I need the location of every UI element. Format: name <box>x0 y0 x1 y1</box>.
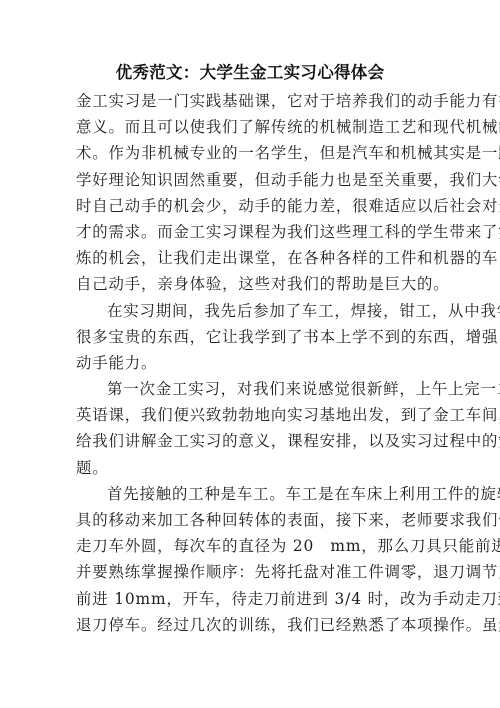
text-line: 才的需求。而金工实习课程为我们这些理工科的学生带来了实际锻 <box>76 219 421 245</box>
text-line: 术。作为非机械专业的一名学生，但是汽车和机械其实是一路子， <box>76 140 421 166</box>
paragraph-3: 第一次金工实习，对我们来说感觉很新鲜，上午上完一二节的 英语课，我们便兴致勃勃地… <box>76 376 421 481</box>
text-line: 第一次金工实习，对我们来说感觉很新鲜，上午上完一二节的 <box>76 376 421 402</box>
text-line: 题。 <box>76 455 421 481</box>
document-body: 金工实习是一门实践基础课，它对于培养我们的动手能力有很大的 意义。而且可以使我们… <box>76 88 421 638</box>
text-line: 走刀车外圆，每次车的直径为 20 mm，那么刀具只能前进 10mm， <box>76 533 421 559</box>
paragraph-4: 首先接触的工种是车工。车工是在车床上利用工件的旋转和刀 具的移动来加工各种回转体… <box>76 481 421 638</box>
text-line: 具的移动来加工各种回转体的表面，接下来，老师要求我们做自动 <box>76 507 421 533</box>
text-line: 很多宝贵的东西，它让我学到了书本上学不到的东西，增强自己的 <box>76 324 421 350</box>
text-line: 首先接触的工种是车工。车工是在车床上利用工件的旋转和刀 <box>76 481 421 507</box>
paragraph-1: 金工实习是一门实践基础课，它对于培养我们的动手能力有很大的 意义。而且可以使我们… <box>76 88 421 298</box>
text-line: 意义。而且可以使我们了解传统的机械制造工艺和现代机械制造技 <box>76 114 421 140</box>
text-line: 炼的机会，让我们走出课堂，在各种各样的工件和机器的车间里， <box>76 245 421 271</box>
text-line: 金工实习是一门实践基础课，它对于培养我们的动手能力有很大的 <box>76 88 421 114</box>
paragraph-2: 在实习期间，我先后参加了车工，焊接，钳工，从中我学到了 很多宝贵的东西，它让我学… <box>76 298 421 377</box>
text-line: 在实习期间，我先后参加了车工，焊接，钳工，从中我学到了 <box>76 298 421 324</box>
text-line: 动手能力。 <box>76 350 421 376</box>
text-line: 给我们讲解金工实习的意义，课程安排，以及实习过程中的安全问 <box>76 428 421 454</box>
text-line: 自己动手，亲身体验，这些对我们的帮助是巨大的。 <box>76 271 421 297</box>
document-page: 优秀范文：大学生金工实习心得体会 金工实习是一门实践基础课，它对于培养我们的动手… <box>0 0 500 708</box>
text-line: 学好理论知识固然重要，但动手能力也是至关重要，我们大学生平 <box>76 167 421 193</box>
text-line: 退刀停车。经过几次的训练，我们已经熟悉了本项操作。虽然看起 <box>76 612 421 638</box>
text-line: 时自己动手的机会少，动手的能力差，很难适应以后社会对全面人 <box>76 193 421 219</box>
text-line: 前进 10mm，开车，待走刀前进到 3/4 时，改为手动走刀到精确位置， <box>76 586 421 612</box>
text-line: 英语课，我们便兴致勃勃地向实习基地出发，到了金工车间，老师 <box>76 402 421 428</box>
text-line: 并要熟练掌握操作顺序：先将托盘对准工件调零，退刀调节刀具要 <box>76 559 421 585</box>
document-title: 优秀范文：大学生金工实习心得体会 <box>0 62 500 84</box>
